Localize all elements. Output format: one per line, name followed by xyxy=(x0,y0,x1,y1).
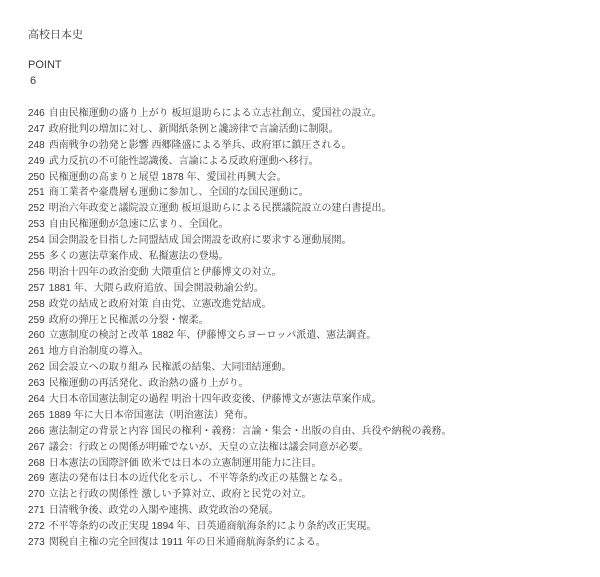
list-item: 263民権運動の再活発化、政治熱の盛り上がり。 xyxy=(28,376,600,392)
item-number: 253 xyxy=(28,219,45,230)
item-number: 259 xyxy=(28,315,45,326)
item-number: 269 xyxy=(28,473,45,484)
item-number: 270 xyxy=(28,489,45,500)
list-item: 253自由民権運動が急速に広まり、全国化。 xyxy=(28,217,600,233)
item-text: 商工業者や豪農層も運動に参加し、全国的な国民運動に。 xyxy=(49,187,309,198)
list-item: 246自由民権運動の盛り上がり 板垣退助らによる立志社創立、愛国社の設立。 xyxy=(28,106,600,122)
item-text: 政府批判の増加に対し、新聞紙条例と讒謗律で言論活動に制限。 xyxy=(49,124,339,135)
item-text: 自由民権運動の盛り上がり 板垣退助らによる立志社創立、愛国社の設立。 xyxy=(49,108,382,119)
item-text: 議会：行政との関係が明確でないが、天皇の立法権は議会同意が必要。 xyxy=(49,442,369,453)
item-number: 246 xyxy=(28,108,45,119)
item-text: 憲法の発布は日本の近代化を示し、不平等条約改正の基盤となる。 xyxy=(49,473,349,484)
list-item: 267議会：行政との関係が明確でないが、天皇の立法権は議会同意が必要。 xyxy=(28,440,600,456)
item-number: 258 xyxy=(28,299,45,310)
item-number: 247 xyxy=(28,124,45,135)
list-item: 264大日本帝国憲法制定の過程 明治十四年政変後、伊藤博文が憲法草案作成。 xyxy=(28,392,600,408)
page-title: 高校日本史 xyxy=(28,28,83,42)
item-text: 多くの憲法草案作成、私擬憲法の登場。 xyxy=(49,251,229,262)
list-item: 2651889 年に大日本帝国憲法（明治憲法）発布。 xyxy=(28,408,600,424)
item-text: 関税自主権の完全回復は 1911 年の日米通商航海条約による。 xyxy=(49,537,326,548)
item-text: 大日本帝国憲法制定の過程 明治十四年政変後、伊藤博文が憲法草案作成。 xyxy=(49,394,382,405)
list-item: 249武力反抗の不可能性認識後、言論による反政府運動へ移行。 xyxy=(28,154,600,170)
item-text: 憲法制定の背景と内容 国民の権利・義務：言論・集会・出版の自由、兵役や納税の義務… xyxy=(49,426,452,437)
item-text: 政府の弾圧と民権派の分裂・懐柔。 xyxy=(49,315,209,326)
item-text: 国会設立への取り組み 民権派の結集、大同団結運動。 xyxy=(49,362,292,373)
point-label: POINT xyxy=(28,58,62,72)
item-text: 1889 年に大日本帝国憲法（明治憲法）発布。 xyxy=(49,410,254,421)
item-text: 1881 年、大隈ら政府追放、国会開設勅諭公約。 xyxy=(49,283,264,294)
item-text: 民権運動の再活発化、政治熱の盛り上がり。 xyxy=(49,378,249,389)
item-number: 254 xyxy=(28,235,45,246)
item-number: 268 xyxy=(28,458,45,469)
item-text: 政党の結成と政府対策 自由党、立憲改進党結成。 xyxy=(49,299,272,310)
list-item: 269憲法の発布は日本の近代化を示し、不平等条約改正の基盤となる。 xyxy=(28,471,600,487)
list-item: 273関税自主権の完全回復は 1911 年の日米通商航海条約による。 xyxy=(28,535,600,551)
list-item: 2571881 年、大隈ら政府追放、国会開設勅諭公約。 xyxy=(28,281,600,297)
list-item: 268日本憲法の国際評価 欧米では日本の立憲制運用能力に注目。 xyxy=(28,456,600,472)
item-number: 263 xyxy=(28,378,45,389)
item-text: 民権運動の高まりと展望 1878 年、愛国社再興大会。 xyxy=(49,172,287,183)
item-number: 272 xyxy=(28,521,45,532)
item-number: 265 xyxy=(28,410,45,421)
points-list: 246自由民権運動の盛り上がり 板垣退助らによる立志社創立、愛国社の設立。 24… xyxy=(28,106,600,551)
list-item: 247政府批判の増加に対し、新聞紙条例と讒謗律で言論活動に制限。 xyxy=(28,122,600,138)
list-item: 272不平等条約の改正実現 1894 年、日英通商航海条約により条約改正実現。 xyxy=(28,519,600,535)
list-item: 256明治十四年の政治変動 大隈重信と伊藤博文の対立。 xyxy=(28,265,600,281)
item-number: 261 xyxy=(28,346,45,357)
list-item: 248西南戦争の勃発と影響 西郷隆盛による挙兵、政府軍に鎮圧される。 xyxy=(28,138,600,154)
item-number: 273 xyxy=(28,537,45,548)
item-text: 西南戦争の勃発と影響 西郷隆盛による挙兵、政府軍に鎮圧される。 xyxy=(49,140,352,151)
list-item: 252明治六年政変と議院設立運動 板垣退助らによる民撰議院設立の建白書提出。 xyxy=(28,201,600,217)
item-text: 日本憲法の国際評価 欧米では日本の立憲制運用能力に注目。 xyxy=(49,458,322,469)
list-item: 250民権運動の高まりと展望 1878 年、愛国社再興大会。 xyxy=(28,170,600,186)
list-item: 259政府の弾圧と民権派の分裂・懐柔。 xyxy=(28,313,600,329)
list-item: 258政党の結成と政府対策 自由党、立憲改進党結成。 xyxy=(28,297,600,313)
item-text: 国会開設を目指した同盟結成 国会開設を政府に要求する運動展開。 xyxy=(49,235,352,246)
list-item: 271日清戦争後、政党の入閣や連携、政党政治の発展。 xyxy=(28,503,600,519)
item-number: 257 xyxy=(28,283,45,294)
item-text: 地方自治制度の導入。 xyxy=(49,346,149,357)
list-item: 262国会設立への取り組み 民権派の結集、大同団結運動。 xyxy=(28,360,600,376)
item-number: 249 xyxy=(28,156,45,167)
item-text: 立憲制度の検討と改革 1882 年、伊藤博文らヨーロッパ派遣、憲法調査。 xyxy=(49,330,377,341)
item-text: 不平等条約の改正実現 1894 年、日英通商航海条約により条約改正実現。 xyxy=(49,521,377,532)
list-item: 255多くの憲法草案作成、私擬憲法の登場。 xyxy=(28,249,600,265)
list-item: 254国会開設を目指した同盟結成 国会開設を政府に要求する運動展開。 xyxy=(28,233,600,249)
list-item: 260立憲制度の検討と改革 1882 年、伊藤博文らヨーロッパ派遣、憲法調査。 xyxy=(28,328,600,344)
item-number: 255 xyxy=(28,251,45,262)
item-number: 251 xyxy=(28,187,45,198)
item-text: 立法と行政の関係性 激しい予算対立、政府と民党の対立。 xyxy=(49,489,312,500)
list-item: 261地方自治制度の導入。 xyxy=(28,344,600,360)
document-page: 高校日本史 POINT 6 246自由民権運動の盛り上がり 板垣退助らによる立志… xyxy=(0,0,600,577)
item-number: 260 xyxy=(28,330,45,341)
list-item: 266憲法制定の背景と内容 国民の権利・義務：言論・集会・出版の自由、兵役や納税… xyxy=(28,424,600,440)
item-number: 266 xyxy=(28,426,45,437)
item-number: 271 xyxy=(28,505,45,516)
item-text: 武力反抗の不可能性認識後、言論による反政府運動へ移行。 xyxy=(49,156,319,167)
item-text: 日清戦争後、政党の入閣や連携、政党政治の発展。 xyxy=(49,505,279,516)
item-number: 264 xyxy=(28,394,45,405)
list-item: 270立法と行政の関係性 激しい予算対立、政府と民党の対立。 xyxy=(28,487,600,503)
item-number: 250 xyxy=(28,172,45,183)
item-text: 明治六年政変と議院設立運動 板垣退助らによる民撰議院設立の建白書提出。 xyxy=(49,203,392,214)
item-text: 自由民権運動が急速に広まり、全国化。 xyxy=(49,219,229,230)
point-number: 6 xyxy=(30,74,36,88)
item-number: 256 xyxy=(28,267,45,278)
item-number: 252 xyxy=(28,203,45,214)
item-number: 262 xyxy=(28,362,45,373)
item-number: 248 xyxy=(28,140,45,151)
item-text: 明治十四年の政治変動 大隈重信と伊藤博文の対立。 xyxy=(49,267,282,278)
list-item: 251商工業者や豪農層も運動に参加し、全国的な国民運動に。 xyxy=(28,185,600,201)
item-number: 267 xyxy=(28,442,45,453)
